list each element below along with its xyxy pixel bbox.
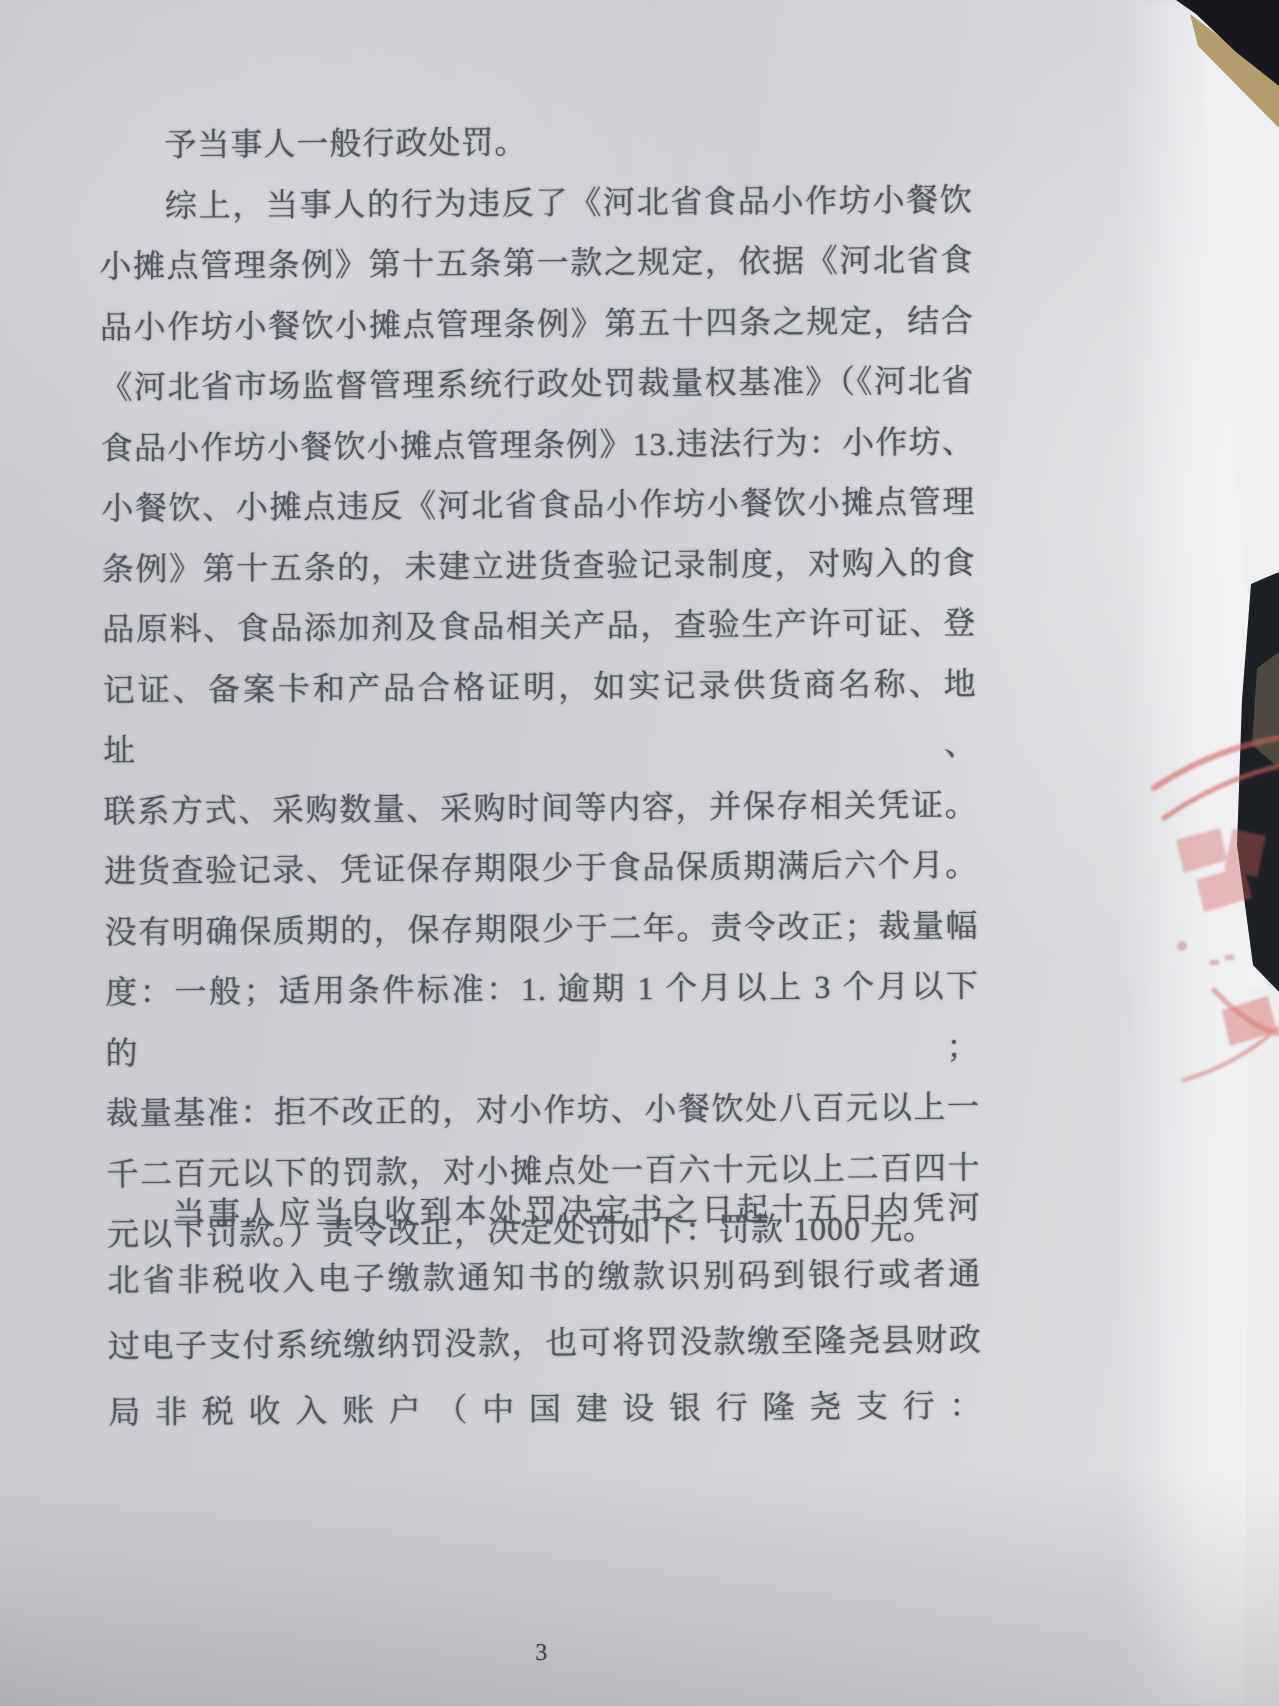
text-line: 进货查验记录、凭证保存期限少于食品保质期满后六个月。	[104, 835, 978, 902]
text-line: 小餐饮、小摊点违反《河北省食品小作坊小餐饮小摊点管理	[101, 472, 975, 539]
text-line: 当事人应当自收到本处罚决定书之日起十五日内凭河	[107, 1175, 981, 1248]
text-line: 品小作坊小餐饮小摊点管理条例》第五十四条之规定，结合	[100, 290, 974, 357]
document-photo: 予当事人一般行政处罚。综上，当事人的行为违反了《河北省食品小作坊小餐饮小摊点管理…	[0, 0, 1279, 1706]
text-line: 予当事人一般行政处罚。	[98, 109, 972, 176]
text-line: 条例》第十五条的，未建立进货查验记录制度，对购入的食	[102, 532, 976, 599]
text-line: 没有明确保质期的，保存期限少于二年。责令改正；裁量幅	[104, 895, 978, 962]
text-line: 局非税收入账户（中国建设银行隆尧支行：	[108, 1373, 982, 1446]
text-line: 综上，当事人的行为违反了《河北省食品小作坊小餐饮	[99, 169, 973, 236]
text-line: 小摊点管理条例》第十五条第一款之规定，依据《河北省食	[99, 230, 973, 297]
text-line: 北省非税收入电子缴款通知书的缴款识别码到银行或者通	[107, 1241, 981, 1314]
paragraph-block-2: 当事人应当自收到本处罚决定书之日起十五日内凭河北省非税收入电子缴款通知书的缴款识…	[107, 1175, 983, 1446]
text-line: 度：一般；适用条件标准：1. 逾期 1 个月以上 3 个月以下的；	[105, 956, 980, 1084]
text-line: 品原料、食品添加剂及食品相关产品，查验生产许可证、登	[102, 593, 976, 660]
page-number: 3	[511, 1640, 571, 1667]
document-text: 予当事人一般行政处罚。综上，当事人的行为违反了《河北省食品小作坊小餐饮小摊点管理…	[0, 0, 1279, 1706]
paragraph-block-1: 予当事人一般行政处罚。综上，当事人的行为违反了《河北省食品小作坊小餐饮小摊点管理…	[98, 109, 981, 1265]
text-line: 记证、备案卡和产品合格证明，如实记录供货商名称、地址、	[102, 653, 977, 781]
text-line: 《河北省市场监督管理系统行政处罚裁量权基准》（《河北省	[100, 351, 974, 418]
text-line: 联系方式、采购数量、采购时间等内容，并保存相关凭证。	[103, 774, 977, 841]
text-line: 食品小作坊小餐饮小摊点管理条例》13.违法行为：小作坊、	[101, 411, 975, 478]
text-line: 过电子支付系统缴纳罚没款，也可将罚没款缴至隆尧县财政	[108, 1307, 982, 1380]
text-line: 裁量基准：拒不改正的，对小作坊、小餐饮处八百元以上一	[106, 1077, 980, 1144]
